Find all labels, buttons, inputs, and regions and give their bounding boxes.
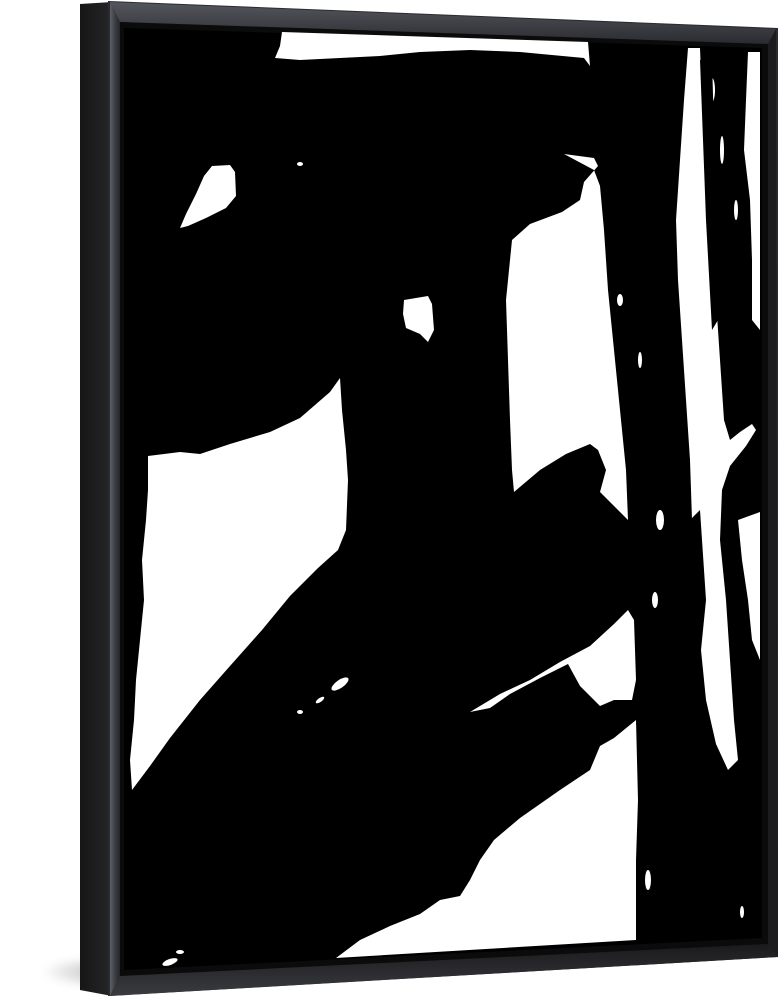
frame-lip-left xyxy=(110,2,120,996)
product-image xyxy=(0,0,783,999)
frame-side-left xyxy=(80,2,112,996)
framed-artwork xyxy=(0,0,783,999)
canvas-artwork xyxy=(124,28,762,970)
